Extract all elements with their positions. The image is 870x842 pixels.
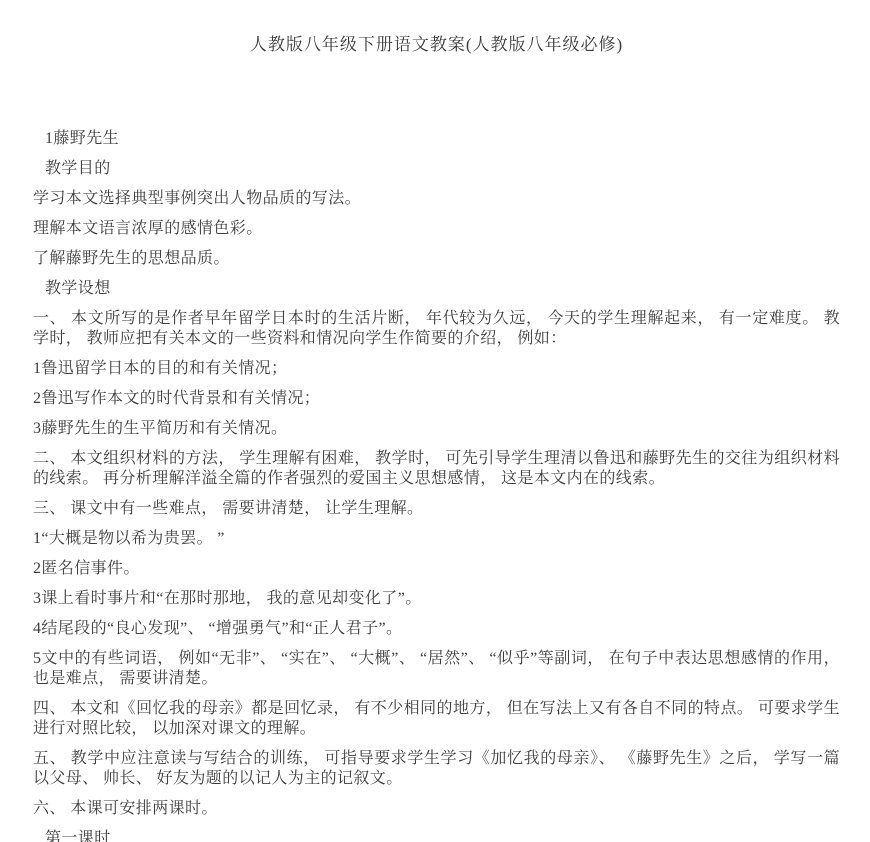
paragraph: 4结尾段的“良心发现”、 “增强勇气”和“正人君子”。 — [33, 619, 840, 639]
document-page: 人教版八年级下册语文教案(人教版八年级必修) 1藤野先生 教学目的 学习本文选择… — [0, 0, 870, 842]
paragraph: 五、 教学中应注意读与写结合的训练， 可指导要求学生学习《加忆我的母亲》、 《藤… — [33, 749, 840, 789]
paragraph: 3课上看时事片和“在那时那地， 我的意见却变化了”。 — [33, 589, 840, 609]
paragraph: 理解本文语言浓厚的感情色彩。 — [33, 219, 840, 239]
paragraph: 学习本文选择典型事例突出人物品质的写法。 — [33, 189, 840, 209]
paragraph: 2鲁迅写作本文的时代背景和有关情况； — [33, 389, 840, 409]
paragraph-lesson-title: 1藤野先生 — [33, 129, 840, 149]
paragraph: 三、 课文中有一些难点， 需要讲清楚， 让学生理解。 — [33, 499, 840, 519]
paragraph-section-teaching-plan: 教学设想 — [33, 279, 840, 299]
paragraph: 1鲁迅留学日本的目的和有关情况； — [33, 359, 840, 379]
paragraph-section-teaching-aims: 教学目的 — [33, 159, 840, 179]
paragraph-first-class-hour: 第一课时 — [33, 829, 840, 842]
paragraph: 了解藤野先生的思想品质。 — [33, 249, 840, 269]
paragraph: 六、 本课可安排两课时。 — [33, 799, 840, 819]
paragraph: 四、 本文和《回忆我的母亲》都是回忆录， 有不少相同的地方， 但在写法上又有各自… — [33, 699, 840, 739]
paragraph: 5文中的有些词语， 例如“无非”、 “实在”、 “大概”、 “居然”、 “似乎”… — [33, 649, 840, 689]
paragraph: 3藤野先生的生平简历和有关情况。 — [33, 419, 840, 439]
document-body: 1藤野先生 教学目的 学习本文选择典型事例突出人物品质的写法。 理解本文语言浓厚… — [33, 129, 840, 842]
document-title: 人教版八年级下册语文教案(人教版八年级必修) — [33, 30, 840, 55]
paragraph: 2匿名信事件。 — [33, 559, 840, 579]
paragraph: 二、 本文组织材料的方法， 学生理解有困难， 教学时， 可先引导学生理清以鲁迅和… — [33, 449, 840, 489]
paragraph: 1“大概是物以希为贵罢。 ” — [33, 529, 840, 549]
paragraph: 一、 本文所写的是作者早年留学日本时的生活片断， 年代较为久远， 今天的学生理解… — [33, 309, 840, 349]
